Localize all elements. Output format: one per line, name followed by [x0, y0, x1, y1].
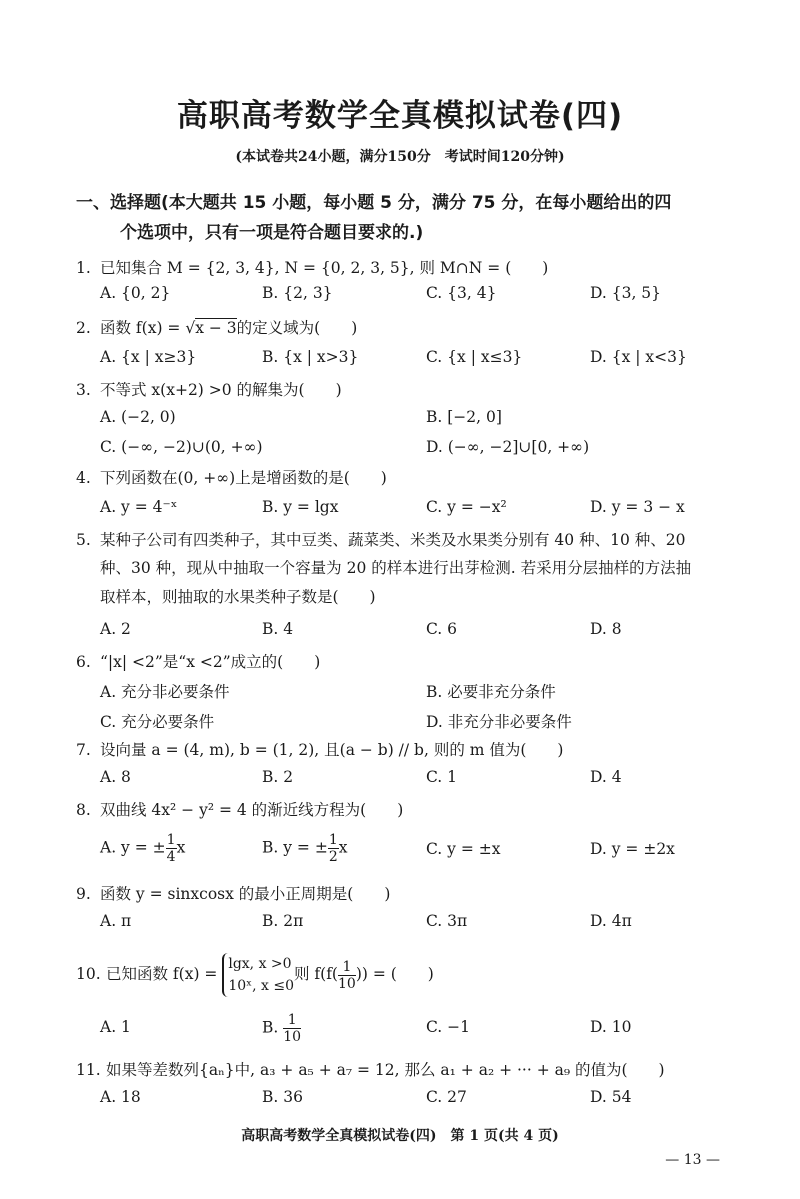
option-b: B. 110 [262, 1012, 301, 1045]
option-d: D. {x | x<3} [590, 348, 687, 366]
fraction: 12 [328, 832, 339, 865]
question-number: 1. [76, 258, 100, 278]
option-d: D. 非充分非必要条件 [426, 710, 572, 732]
option-c: C. y = −x² [426, 498, 507, 516]
options-7: A. 8 B. 2 C. 1 D. 4 [100, 768, 740, 790]
page-number: — 13 — [665, 1152, 720, 1168]
denominator: 10 [283, 1029, 301, 1045]
options-9: A. π B. 2π C. 3π D. 4π [100, 912, 740, 934]
options-3b: C. (−∞, −2)∪(0, +∞) D. (−∞, −2]∪[0, +∞) [100, 438, 740, 460]
question-number: 3. [76, 380, 100, 400]
option-b: B. 2 [262, 768, 293, 786]
piece-1: lgx, x >0 [228, 953, 294, 975]
question-6: 6.“|x| <2”是“x <2”成立的( ) [76, 652, 756, 672]
question-5: 5.某种子公司有四类种子，其中豆类、蔬菜类、米类及水果类分别有 40 种、10 … [76, 530, 756, 550]
question-stem-end: 的定义域为( ) [237, 319, 358, 337]
question-stem-end: )) = ( ) [356, 965, 434, 983]
question-number: 6. [76, 652, 100, 672]
question-number: 2. [76, 318, 100, 338]
denominator: 4 [166, 849, 177, 865]
option-text-end: x [339, 839, 348, 857]
option-d: D. (−∞, −2]∪[0, +∞) [426, 438, 589, 456]
question-stem: 函数 y = sinxcosx 的最小正周期是( ) [100, 885, 390, 903]
denominator: 2 [328, 849, 339, 865]
question-stem: 如果等差数列{aₙ}中, a₃ + a₅ + a₇ = 12, 那么 a₁ + … [106, 1061, 665, 1079]
option-a: A. y = 4⁻ˣ [100, 498, 177, 516]
option-c: C. {3, 4} [426, 284, 496, 302]
option-d: D. {3, 5} [590, 284, 661, 302]
page-footer: 高职高考数学全真模拟试卷(四) 第 1 页(共 4 页) [0, 1125, 800, 1145]
question-number: 10. [76, 950, 106, 998]
option-text: B. y = ± [262, 839, 328, 857]
exam-title: 高职高考数学全真模拟试卷(四) [0, 90, 800, 135]
option-d: D. 54 [590, 1088, 631, 1106]
numerator: 1 [283, 1012, 301, 1029]
question-stem: 双曲线 4x² − y² = 4 的渐近线方程为( ) [100, 801, 403, 819]
numerator: 1 [328, 832, 339, 849]
question-number: 11. [76, 1060, 106, 1080]
question-10: 10.已知函数 f(x) = lgx, x >010ˣ, x ≤0则 f(f(1… [76, 950, 756, 998]
option-d: D. 4 [590, 768, 622, 786]
option-a: A. 8 [100, 768, 131, 786]
option-d: D. 4π [590, 912, 632, 930]
options-1: A. {0, 2} B. {2, 3} C. {3, 4} D. {3, 5} [100, 284, 740, 306]
section-heading: 一、选择题(本大题共 15 小题，每小题 5 分，满分 75 分，在每小题给出的… [76, 188, 736, 248]
options-3a: A. (−2, 0) B. [−2, 0] [100, 408, 740, 430]
question-stem: 不等式 x(x+2) >0 的解集为( ) [100, 381, 342, 399]
question-11: 11.如果等差数列{aₙ}中, a₃ + a₅ + a₇ = 12, 那么 a₁… [76, 1060, 756, 1080]
question-stem-line-2: 种、30 种，现从中抽取一个容量为 20 的样本进行出芽检测. 若采用分层抽样的… [100, 554, 740, 583]
piece-2: 10ˣ, x ≤0 [228, 975, 294, 997]
option-b: B. 36 [262, 1088, 303, 1106]
option-c: C. 1 [426, 768, 457, 786]
question-stem-line-1: 某种子公司有四类种子，其中豆类、蔬菜类、米类及水果类分别有 40 种、10 种、… [100, 531, 685, 549]
piecewise-function: lgx, x >010ˣ, x ≤0 [222, 953, 294, 997]
question-stem: 设向量 a = (4, m), b = (1, 2), 且(a − b) // … [100, 741, 563, 759]
option-a: A. y = ±14x [100, 832, 185, 865]
option-a: A. 1 [100, 1018, 131, 1036]
option-b: B. {2, 3} [262, 284, 333, 302]
question-1: 1.已知集合 M = {2, 3, 4}, N = {0, 2, 3, 5}, … [76, 258, 756, 278]
option-b: B. 4 [262, 620, 293, 638]
question-stem: “|x| <2”是“x <2”成立的( ) [100, 653, 320, 671]
question-7: 7.设向量 a = (4, m), b = (1, 2), 且(a − b) /… [76, 740, 756, 760]
options-8: A. y = ±14x B. y = ±12x C. y = ±x D. y =… [100, 832, 740, 872]
options-4: A. y = 4⁻ˣ B. y = lgx C. y = −x² D. y = … [100, 498, 740, 520]
question-5-continued: 种、30 种，现从中抽取一个容量为 20 的样本进行出芽检测. 若采用分层抽样的… [100, 554, 740, 612]
option-a: A. π [100, 912, 131, 930]
option-b: B. 2π [262, 912, 303, 930]
question-9: 9.函数 y = sinxcosx 的最小正周期是( ) [76, 884, 756, 904]
option-c: C. 3π [426, 912, 467, 930]
question-number: 9. [76, 884, 100, 904]
option-b: B. y = lgx [262, 498, 338, 516]
options-5: A. 2 B. 4 C. 6 D. 8 [100, 620, 740, 642]
option-a: A. 2 [100, 620, 131, 638]
options-10: A. 1 B. 110 C. −1 D. 10 [100, 1012, 740, 1052]
option-text-end: x [177, 839, 186, 857]
section-line-2: 个选项中，只有一项是符合题目要求的.) [76, 218, 736, 248]
option-d: D. 10 [590, 1018, 631, 1036]
question-number: 8. [76, 800, 100, 820]
question-number: 7. [76, 740, 100, 760]
numerator: 1 [338, 959, 356, 976]
section-line-1: 一、选择题(本大题共 15 小题，每小题 5 分，满分 75 分，在每小题给出的… [76, 188, 736, 218]
option-c: C. (−∞, −2)∪(0, +∞) [100, 438, 263, 456]
question-stem: 已知函数 f(x) = [106, 965, 222, 983]
exam-subtitle: (本试卷共24小题，满分150分 考试时间120分钟) [0, 146, 800, 166]
options-11: A. 18 B. 36 C. 27 D. 54 [100, 1088, 740, 1110]
fraction: 14 [166, 832, 177, 865]
question-2: 2.函数 f(x) = √x − 3的定义域为( ) [76, 318, 756, 338]
question-4: 4.下列函数在(0, +∞)上是增函数的是( ) [76, 468, 756, 488]
options-6b: C. 充分必要条件 D. 非充分非必要条件 [100, 710, 740, 732]
option-d: D. y = ±2x [590, 840, 675, 858]
option-a: A. (−2, 0) [100, 408, 176, 426]
option-b: B. 必要非充分条件 [426, 680, 556, 702]
options-6a: A. 充分非必要条件 B. 必要非充分条件 [100, 680, 740, 702]
options-2: A. {x | x≥3} B. {x | x>3} C. {x | x≤3} D… [100, 348, 740, 370]
option-b: B. [−2, 0] [426, 408, 502, 426]
option-text: B. [262, 1019, 283, 1037]
numerator: 1 [166, 832, 177, 849]
question-number: 5. [76, 530, 100, 550]
question-3: 3.不等式 x(x+2) >0 的解集为( ) [76, 380, 756, 400]
question-stem-line-3: 取样本，则抽取的水果类种子数是( ) [100, 583, 740, 612]
radicand: x − 3 [195, 318, 236, 337]
option-c: C. 充分必要条件 [100, 710, 214, 732]
question-stem: 已知集合 M = {2, 3, 4}, N = {0, 2, 3, 5}, 则 … [100, 259, 548, 277]
option-d: D. y = 3 − x [590, 498, 685, 516]
option-b: B. {x | x>3} [262, 348, 358, 366]
option-c: C. 6 [426, 620, 457, 638]
option-a: A. {x | x≥3} [100, 348, 196, 366]
option-c: C. −1 [426, 1018, 470, 1036]
question-stem: 下列函数在(0, +∞)上是增函数的是( ) [100, 469, 387, 487]
question-number: 4. [76, 468, 100, 488]
option-b: B. y = ±12x [262, 832, 348, 865]
option-a: A. {0, 2} [100, 284, 170, 302]
question-8: 8.双曲线 4x² − y² = 4 的渐近线方程为( ) [76, 800, 756, 820]
question-stem: 函数 f(x) = √ [100, 319, 195, 337]
denominator: 10 [338, 976, 356, 992]
option-a: A. 充分非必要条件 [100, 680, 230, 702]
option-text: A. y = ± [100, 839, 166, 857]
fraction: 110 [283, 1012, 301, 1045]
option-c: C. {x | x≤3} [426, 348, 522, 366]
option-d: D. 8 [590, 620, 622, 638]
option-c: C. y = ±x [426, 840, 501, 858]
question-stem-mid: 则 f(f( [294, 965, 338, 983]
option-c: C. 27 [426, 1088, 467, 1106]
fraction: 110 [338, 959, 356, 992]
option-a: A. 18 [100, 1088, 141, 1106]
